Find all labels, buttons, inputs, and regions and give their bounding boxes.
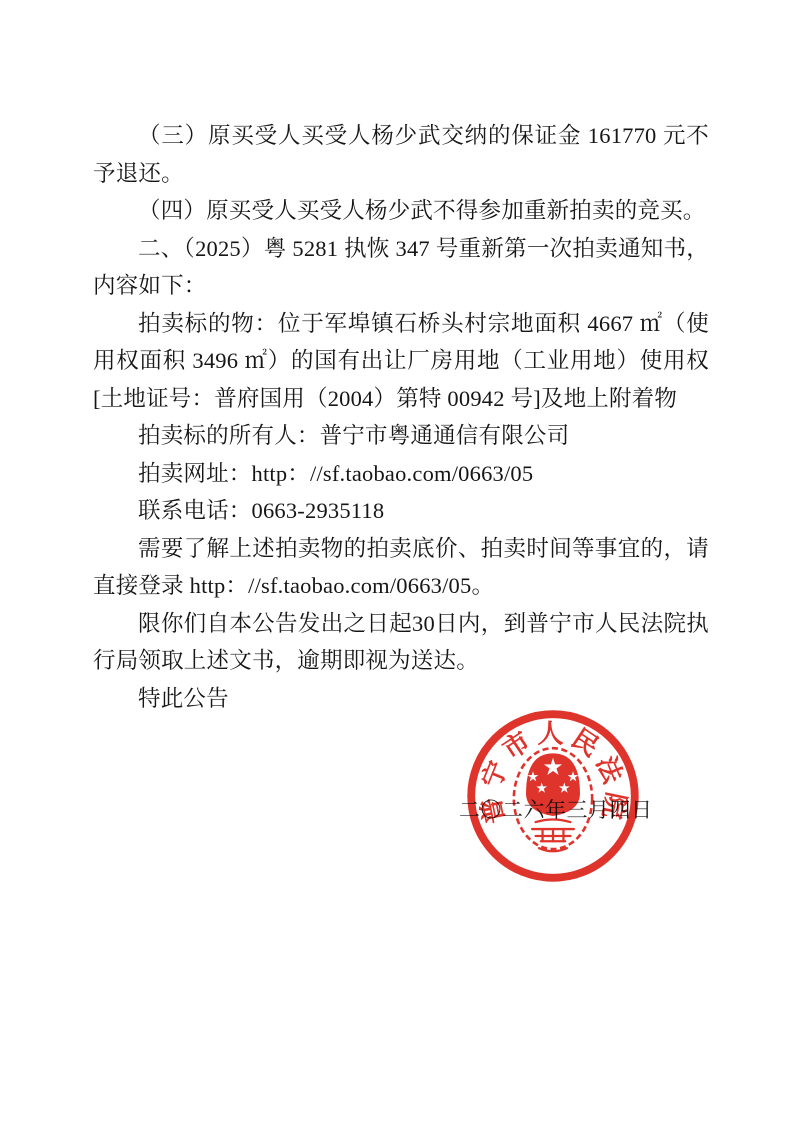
paragraph-auction-url: 拍卖网址：http：//sf.taobao.com/0663/05: [93, 455, 709, 493]
paragraph-auction-subject: 拍卖标的物：位于军埠镇石桥头村宗地面积 4667 ㎡（使用权面积 3496 ㎡）…: [93, 305, 709, 418]
paragraph-contact-phone: 联系电话：0663-2935118: [93, 492, 709, 530]
paragraph-pickup-deadline: 限你们自本公告发出之日起30日内，到普宁市人民法院执行局领取上述文书，逾期即视为…: [93, 605, 709, 680]
national-emblem-icon: [514, 748, 592, 851]
paragraph-notice-intro: 二、（2025）粤 5281 执恢 347 号重新第一次拍卖通知书，内容如下：: [93, 230, 709, 305]
court-seal-graphic: 普宁市人民法院: [466, 709, 640, 883]
paragraph-deposit-forfeit: （三）原买受人买受人杨少武交纳的保证金 161770 元不予退还。: [93, 117, 709, 192]
paragraph-auction-owner: 拍卖标的所有人：普宁市粤通通信有限公司: [93, 417, 709, 455]
paragraph-bid-ban: （四）原买受人买受人杨少武不得参加重新拍卖的竞买。: [93, 192, 709, 230]
paragraph-more-info: 需要了解上述拍卖物的拍卖底价、拍卖时间等事宜的，请直接登录 http：//sf.…: [93, 530, 709, 605]
announcement-body: （三）原买受人买受人杨少武交纳的保证金 161770 元不予退还。 （四）原买受…: [93, 117, 709, 717]
document-page: （三）原买受人买受人杨少武交纳的保证金 161770 元不予退还。 （四）原买受…: [0, 0, 794, 1122]
official-seal: 普宁市人民法院: [466, 709, 640, 883]
